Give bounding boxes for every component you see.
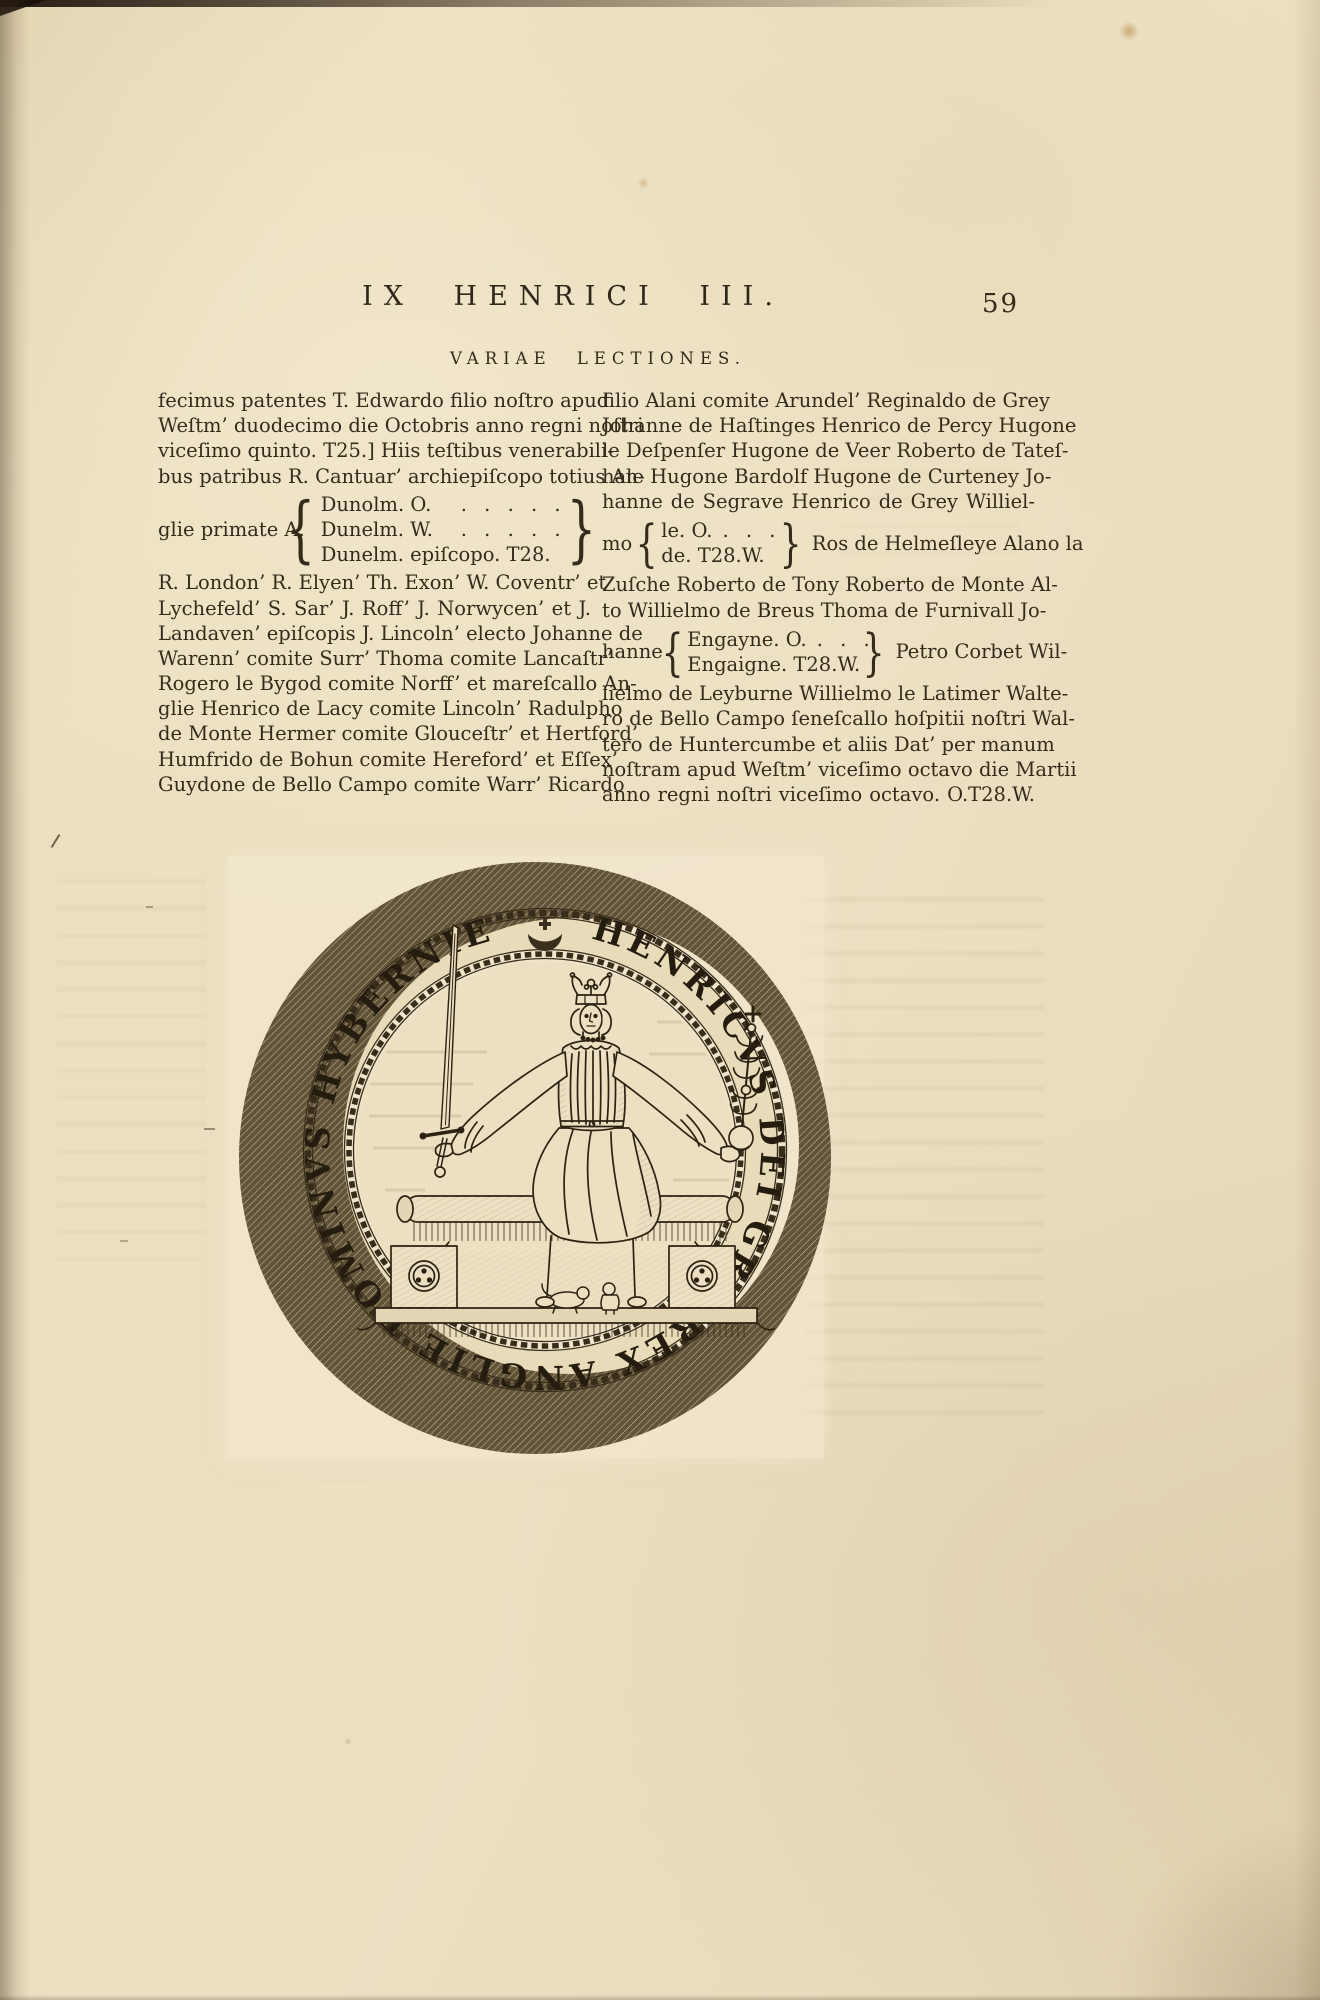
open-brace: { bbox=[636, 518, 658, 569]
running-head-title: IX HENRICI III. bbox=[158, 281, 988, 312]
ink-mark bbox=[51, 834, 61, 848]
text-line: hanne de Segrave Henrico de Grey Williel… bbox=[602, 489, 1035, 514]
brace-row: Dunelm. W.. . . . . bbox=[321, 517, 561, 542]
foxing-spot bbox=[637, 177, 650, 189]
variant-readings-brace-block: hanne { Engayne. O.. . . Engaigne. T28.W… bbox=[602, 627, 1035, 677]
page-right-shading bbox=[1294, 0, 1320, 2000]
brace-row: Engayne. O.. . . bbox=[687, 627, 859, 652]
open-brace: { bbox=[286, 494, 315, 566]
text-line: Johanne de Haſtinges Henrico de Percy Hu… bbox=[602, 413, 1035, 438]
brace-lead-text: hanne bbox=[602, 639, 658, 664]
text-line: Lychefeld’ S. Sar’ J. Roff’ J. Norwycen’… bbox=[158, 596, 591, 621]
text-line: bus patribus R. Cantuar’ archiepiſcopo t… bbox=[158, 464, 591, 489]
page-number: 59 bbox=[982, 289, 1019, 319]
brace-row: Dunelm. epiſcopo. T28. bbox=[321, 542, 561, 567]
text-line: hale Hugone Bardolf Hugone de Curteney J… bbox=[602, 464, 1035, 489]
foxing-spot bbox=[344, 1738, 352, 1745]
text-line: Weſtm’ duodecimo die Octobris anno regni… bbox=[158, 413, 591, 438]
text-line: Landaven’ epiſcopis J. Lincoln’ electo J… bbox=[158, 621, 591, 646]
book-page-scan: { "header": { "title": "IX HENRICI III."… bbox=[0, 0, 1320, 2000]
text-line: lielmo de Leyburne Willielmo le Latimer … bbox=[602, 681, 1035, 706]
text-line: tero de Huntercumbe et aliis Dat’ per ma… bbox=[602, 732, 1035, 757]
text-line: Guydone de Bello Campo comite Warr’ Rica… bbox=[158, 772, 591, 797]
left-column: fecimus patentes T. Edwardo filio noſtro… bbox=[158, 388, 591, 797]
text-line: to Willielmo de Breus Thoma de Furnivall… bbox=[602, 598, 1035, 623]
section-heading: VARIAE LECTIONES. bbox=[158, 349, 1038, 368]
text-line: noſtram apud Weſtm’ viceſimo octavo die … bbox=[602, 757, 1035, 782]
text-line: ro de Bello Campo ſeneſcallo hoſpitii no… bbox=[602, 706, 1035, 731]
text-line: le Deſpenſer Hugone de Veer Roberto de T… bbox=[602, 438, 1035, 463]
text-line: Rogero le Bygod comite Norff’ et mareſca… bbox=[158, 671, 591, 696]
text-line: Zuſche Roberto de Tony Roberto de Monte … bbox=[602, 572, 1035, 597]
brace-lead-text: glie primate A. bbox=[158, 517, 280, 542]
great-seal-engraving: HENRICVS DEI GRA REX ANGLIE DOMINVS HYBE… bbox=[235, 840, 855, 1460]
text-line: Warenn’ comite Surr’ Thoma comite Lancaſ… bbox=[158, 646, 591, 671]
open-brace: { bbox=[662, 627, 684, 678]
brace-row: de. T28.W. bbox=[661, 543, 775, 568]
photo-top-edge bbox=[0, 0, 1150, 7]
text-line: filio Alani comite Arundel’ Reginaldo de… bbox=[602, 388, 1035, 413]
show-through-text bbox=[56, 880, 206, 1260]
throne-platform bbox=[358, 1308, 774, 1337]
text-line: R. London’ R. Elyen’ Th. Exon’ W. Covent… bbox=[158, 570, 591, 595]
brace-lead-text: mo bbox=[602, 531, 632, 556]
variant-readings-brace-block: glie primate A. { Dunolm. O.. . . . . Du… bbox=[158, 492, 591, 568]
page-gutter-shadow bbox=[0, 0, 30, 2000]
brace-row: Dunolm. O.. . . . . bbox=[321, 492, 561, 517]
brace-row: Engaigne. T28.W. bbox=[687, 652, 859, 677]
brace-tail-text: Petro Corbet Wil- bbox=[896, 639, 1068, 664]
close-brace: } bbox=[779, 518, 801, 569]
text-line: viceſimo quinto. T25.] Hiis teſtibus ven… bbox=[158, 438, 591, 463]
close-brace: } bbox=[863, 627, 885, 678]
right-column: filio Alani comite Arundel’ Reginaldo de… bbox=[602, 388, 1035, 807]
brace-row: le. O.. . . bbox=[661, 518, 775, 543]
close-brace: } bbox=[566, 494, 595, 566]
photo-bottom-right-shadow bbox=[1020, 1740, 1320, 2000]
text-line: glie Henrico de Lacy comite Lincoln’ Rad… bbox=[158, 696, 591, 721]
brace-tail-text: Ros de Helmeſleye Alano la bbox=[812, 531, 1084, 556]
text-line: de Monte Hermer comite Glouceſtr’ et Her… bbox=[158, 721, 591, 746]
text-line: fecimus patentes T. Edwardo filio noſtro… bbox=[158, 388, 591, 413]
foxing-spot bbox=[1118, 22, 1140, 40]
text-line: Humfrido de Bohun comite Hereford’ et Eſ… bbox=[158, 747, 591, 772]
text-line: anno regni noſtri viceſimo octavo. O.T28… bbox=[602, 782, 1035, 807]
variant-readings-brace-block: mo { le. O.. . . de. T28.W. } Ros de Hel… bbox=[602, 518, 1035, 568]
